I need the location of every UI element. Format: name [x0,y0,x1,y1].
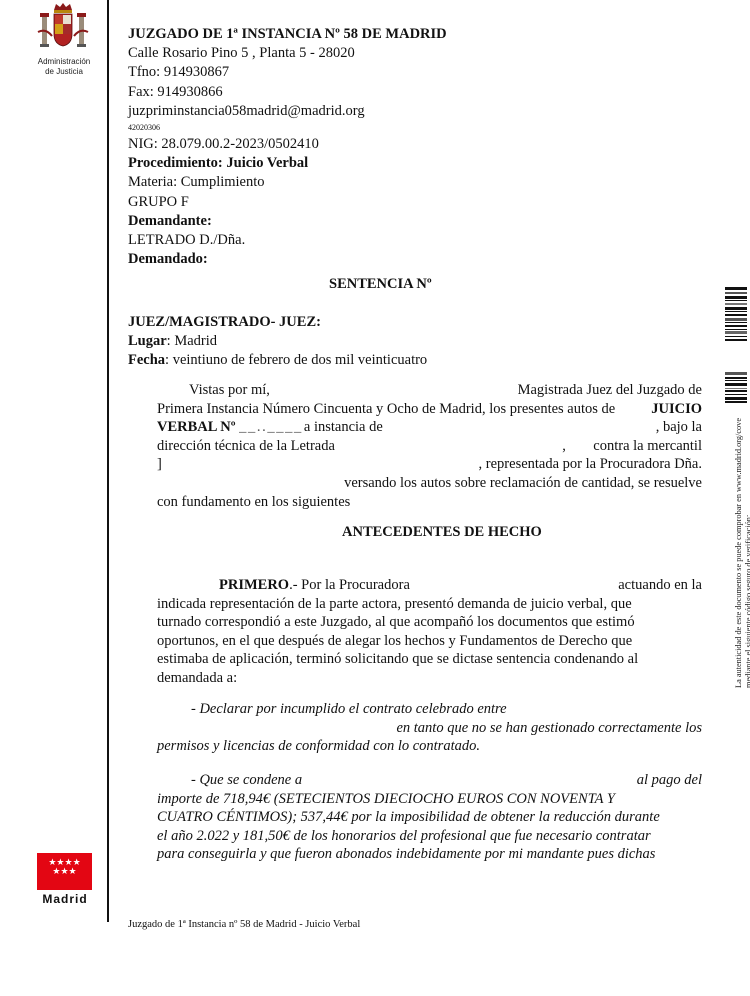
intro-line2: Primera Instancia Número Cincuenta y Och… [157,400,615,419]
intro-line2-bold: JUICIO [651,400,702,419]
intro-line5-start: ] [157,455,162,474]
comunidad-de-madrid-flag-icon: ★★★★★★★ [37,853,92,890]
administracion-de-justicia-label: Administración de Justicia [24,57,104,77]
request1-line3: permisos y licencias de conformidad con … [157,737,480,756]
verification-line1: La autenticidad de este documento se pue… [734,418,744,688]
court-header: JUZGADO DE 1ª INSTANCIA Nº 58 DE MADRID … [128,25,447,269]
demandante-label: Demandante: [128,212,447,231]
verbal-numero: VERBAL Nº [157,419,236,435]
verification-text: La autenticidad de este documento se pue… [734,418,750,688]
request2-line1-end: al pago del [637,771,702,790]
antecedentes-title: ANTECEDENTES DE HECHO [342,524,542,541]
spain-coat-of-arms-icon [36,2,90,58]
primero-line6: demandada a: [157,669,237,688]
intro-line4-end: contra la mercantil [593,437,702,456]
judge-block: JUEZ/MAGISTRADO- JUEZ: Lugar: Madrid Fec… [128,313,427,371]
primero-line4: oportunos, en el que después de alegar l… [157,632,632,651]
court-code: 42020306 [128,121,447,135]
redacted-case-number: _ _ . . _ _ _ _ [239,419,300,435]
court-address: Calle Rosario Pino 5 , Planta 5 - 28020 [128,44,447,63]
lugar-value: : Madrid [167,333,217,349]
lugar-label: Lugar [128,333,167,349]
intro-paragraph: Vistas por mí, Magistrada Juez del Juzga… [157,381,702,511]
primero-line3: turnado correspondió a este Juzgado, al … [157,613,635,632]
request-1: - Declarar por incumplido el contrato ce… [157,700,702,756]
intro-line5-end: , representada por la Procuradora Dña. [479,455,702,474]
court-phone: Tfno: 914930867 [128,63,447,82]
request2-line1-start: - Que se condene a [191,771,302,790]
intro-line7: con fundamento en los siguientes [157,493,350,512]
court-name: JUZGADO DE 1ª INSTANCIA Nº 58 DE MADRID [128,25,447,44]
court-fax: Fax: 914930866 [128,83,447,102]
primero-label: PRIMERO [219,577,289,593]
verification-barcode-icon-2 [725,372,747,403]
request1-line1: - Declarar por incumplido el contrato ce… [191,700,507,719]
demandado-label: Demandado: [128,250,447,269]
judge-title: JUEZ/MAGISTRADO- JUEZ: [128,314,321,330]
verification-barcode-icon [725,287,747,341]
fecha-label: Fecha [128,352,165,368]
request2-line3: CUATRO CÉNTIMOS); 537,44€ por la imposib… [157,808,660,827]
sentencia-title: SENTENCIA Nº [329,276,432,293]
admin-label-line2: de Justicia [24,67,104,77]
grupo: GRUPO F [128,193,447,212]
intro-line6: versando los autos sobre reclamación de … [344,474,702,493]
request-2: - Que se condene a al pago del importe d… [157,771,702,864]
primero-paragraph: PRIMERO.- Por la Procuradora actuando en… [157,576,702,688]
verification-line2: mediante el siguiente código seguro de v… [744,418,750,688]
request2-line5: para conseguirla y que fueron abonados i… [157,845,655,864]
intro-line1-start: Vistas por mí, [189,381,270,400]
admin-label-line1: Administración [24,57,104,67]
primero-line1-start: .- Por la Procuradora [289,577,410,593]
intro-line4-comma: , [562,437,566,456]
intro-line1-end: Magistrada Juez del Juzgado de [518,381,702,400]
nig-number: NIG: 28.079.00.2-2023/0502410 [128,135,447,154]
margin-divider [107,0,109,922]
flag-stars-icon: ★★★★★★★ [37,859,92,877]
madrid-logo-label: Madrid [30,892,100,906]
request1-line2: en tanto que no se han gestionado correc… [396,719,702,738]
intro-line3-end: , bajo la [656,418,702,437]
primero-line1-end: actuando en la [618,576,702,595]
request2-line2: importe de 718,94€ (SETECIENTOS DIECIOCH… [157,790,615,809]
fecha-value: : veintiuno de febrero de dos mil veinti… [165,352,427,368]
primero-line2: indicada representación de la parte acto… [157,595,632,614]
procedimiento: Procedimiento: Juicio Verbal [128,154,447,173]
letrado: LETRADO D./Dña. [128,231,447,250]
intro-line4-start: dirección técnica de la Letrada [157,437,335,456]
court-email: juzpriminstancia058madrid@madrid.org [128,102,447,121]
request2-line4: el año 2.022 y 181,50€ de los honorarios… [157,827,651,846]
intro-line3-mid: a instancia de [304,419,383,435]
page-footer: Juzgado de 1ª Instancia nº 58 de Madrid … [128,919,360,930]
materia: Materia: Cumplimiento [128,173,447,192]
primero-line5: estimaba de aplicación, terminó solicita… [157,650,638,669]
